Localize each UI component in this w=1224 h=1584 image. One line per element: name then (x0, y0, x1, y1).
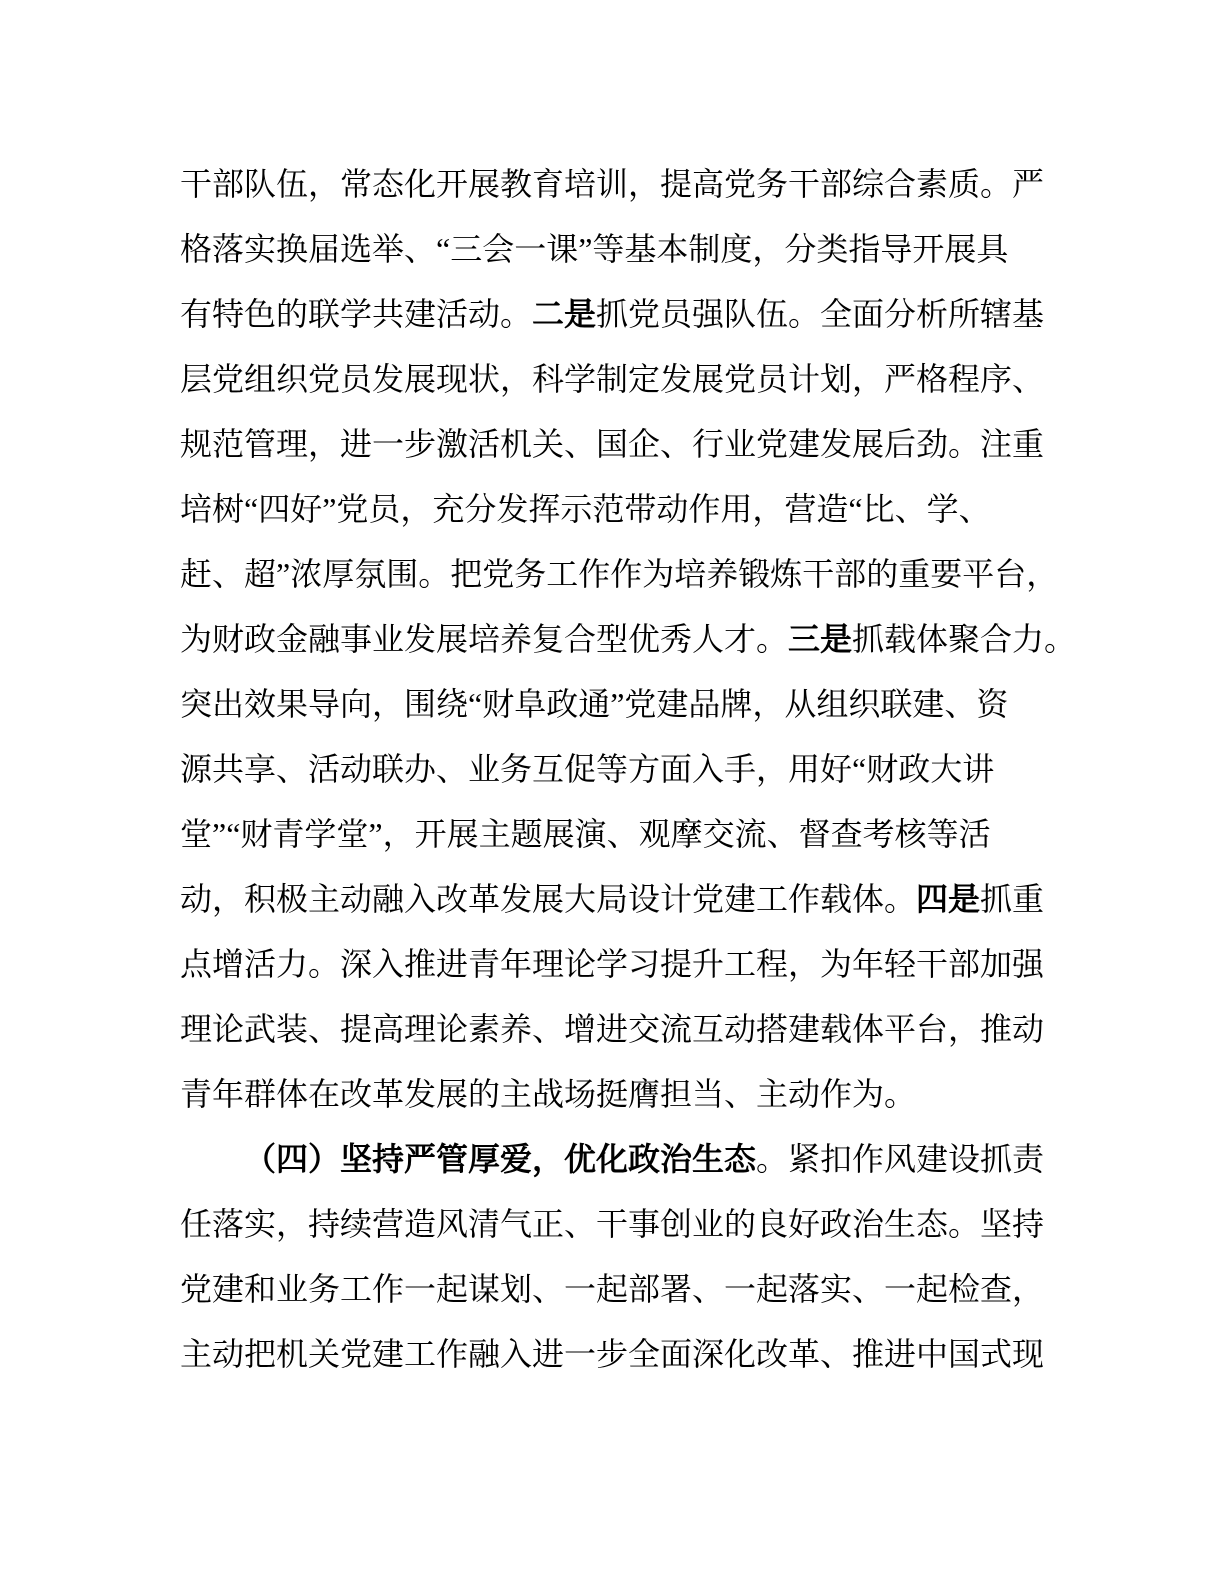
emphasis-text: 四是 (916, 881, 980, 917)
body-text: 抓重 (980, 881, 1044, 917)
text-line: 点增活力。深入推进青年理论学习提升工程，为年轻干部加强 (180, 932, 1080, 997)
body-text: 抓载体聚合力。 (852, 621, 1076, 657)
text-line: 主动把机关党建工作融入进一步全面深化改革、推进中国式现 (180, 1322, 1080, 1387)
text-line: 有特色的联学共建活动。二是抓党员强队伍。全面分析所辖基 (180, 282, 1080, 347)
body-text: 规范管理，进一步激活机关、国企、行业党建发展后劲。注重 (180, 426, 1044, 462)
document-body: 干部队伍，常态化开展教育培训，提高党务干部综合素质。严格落实换届选举、“三会一课… (180, 152, 1080, 1387)
body-text: 突出效果导向，围绕“财阜政通”党建品牌，从组织联建、资 (180, 686, 1008, 722)
emphasis-text: 三是 (788, 621, 852, 657)
body-text: 。紧扣作风建设抓责 (756, 1141, 1044, 1177)
body-text: 格落实换届选举、“三会一课”等基本制度，分类指导开展具 (180, 231, 1008, 267)
body-text: 层党组织党员发展现状，科学制定发展党员计划，严格程序、 (180, 361, 1044, 397)
body-text: 培树“四好”党员，充分发挥示范带动作用，营造“比、学、 (180, 491, 991, 527)
text-line: 党建和业务工作一起谋划、一起部署、一起落实、一起检查， (180, 1257, 1080, 1322)
body-text: 理论武装、提高理论素养、增进交流互动搭建载体平台，推动 (180, 1011, 1044, 1047)
emphasis-text: 二是 (532, 296, 596, 332)
body-text: 赶、超”浓厚氛围。把党务工作作为培养锻炼干部的重要平台， (180, 556, 1058, 592)
body-text: 青年群体在改革发展的主战场挺膺担当、主动作为。 (180, 1076, 916, 1112)
text-line: 青年群体在改革发展的主战场挺膺担当、主动作为。 (180, 1062, 1080, 1127)
body-text: 干部队伍，常态化开展教育培训，提高党务干部综合素质。严 (180, 166, 1044, 202)
body-text: 党建和业务工作一起谋划、一起部署、一起落实、一起检查， (180, 1271, 1044, 1307)
text-line: 堂”“财青学堂”，开展主题展演、观摩交流、督查考核等活 (180, 802, 1080, 867)
body-text: 主动把机关党建工作融入进一步全面深化改革、推进中国式现 (180, 1336, 1044, 1372)
body-text: 有特色的联学共建活动。 (180, 296, 532, 332)
text-line: 格落实换届选举、“三会一课”等基本制度，分类指导开展具 (180, 217, 1080, 282)
body-text: 任落实，持续营造风清气正、干事创业的良好政治生态。坚持 (180, 1206, 1044, 1242)
text-line: 培树“四好”党员，充分发挥示范带动作用，营造“比、学、 (180, 477, 1080, 542)
body-text: 点增活力。深入推进青年理论学习提升工程，为年轻干部加强 (180, 946, 1044, 982)
body-text: 堂”“财青学堂”，开展主题展演、观摩交流、督查考核等活 (180, 816, 991, 852)
text-line: 层党组织党员发展现状，科学制定发展党员计划，严格程序、 (180, 347, 1080, 412)
text-line: 源共享、活动联办、业务互促等方面入手，用好“财政大讲 (180, 737, 1080, 802)
text-line: 突出效果导向，围绕“财阜政通”党建品牌，从组织联建、资 (180, 672, 1080, 737)
text-line: （四）坚持严管厚爱，优化政治生态。紧扣作风建设抓责 (180, 1127, 1080, 1192)
text-line: 理论武装、提高理论素养、增进交流互动搭建载体平台，推动 (180, 997, 1080, 1062)
body-text: 动，积极主动融入改革发展大局设计党建工作载体。 (180, 881, 916, 917)
text-line: 任落实，持续营造风清气正、干事创业的良好政治生态。坚持 (180, 1192, 1080, 1257)
body-text: 为财政金融事业发展培养复合型优秀人才。 (180, 621, 788, 657)
text-line: 赶、超”浓厚氛围。把党务工作作为培养锻炼干部的重要平台， (180, 542, 1080, 607)
text-line: 动，积极主动融入改革发展大局设计党建工作载体。四是抓重 (180, 867, 1080, 932)
body-text: 抓党员强队伍。全面分析所辖基 (596, 296, 1044, 332)
body-text: 源共享、活动联办、业务互促等方面入手，用好“财政大讲 (180, 751, 994, 787)
text-line: 规范管理，进一步激活机关、国企、行业党建发展后劲。注重 (180, 412, 1080, 477)
document-page: 干部队伍，常态化开展教育培训，提高党务干部综合素质。严格落实换届选举、“三会一课… (0, 0, 1224, 1584)
text-line: 为财政金融事业发展培养复合型优秀人才。三是抓载体聚合力。 (180, 607, 1080, 672)
emphasis-text: （四）坚持严管厚爱，优化政治生态 (244, 1141, 756, 1177)
text-line: 干部队伍，常态化开展教育培训，提高党务干部综合素质。严 (180, 152, 1080, 217)
